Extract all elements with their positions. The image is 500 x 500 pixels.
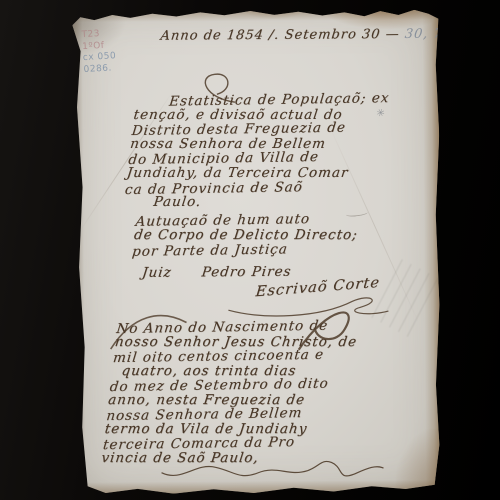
archival-number-line: 0286. xyxy=(83,63,117,76)
archival-corner-numbers: T23 1ºOf cx 050 0286. xyxy=(81,28,117,76)
manuscript-page: T23 1ºOf cx 050 0286. Anno de 1854 /. Se… xyxy=(72,5,441,496)
manuscript-line: Paulo. xyxy=(153,195,379,210)
ink-showthrough xyxy=(362,253,492,366)
judge-label: Juiz xyxy=(141,265,172,281)
date-header-text: Anno de 1854 /. Setembro 30 — xyxy=(160,27,401,44)
stain-top-right xyxy=(320,5,432,30)
browned-bottom-edge xyxy=(76,480,442,496)
browned-right-edge xyxy=(422,5,441,493)
order-paragraph: Autuaçaõ de hum auto de Corpo de Delicto… xyxy=(131,212,360,259)
pencil-folio-number: 30, 76.º xyxy=(404,27,465,42)
date-header: Anno de 1854 /. Setembro 30 — 30, 76.º xyxy=(160,27,466,44)
body-paragraph: No Anno do Nascimento de nosso Senhor Je… xyxy=(101,319,360,466)
manuscript-line: por Parte da Justiça xyxy=(131,241,357,260)
stain-bottom-right xyxy=(395,429,441,493)
judge-signature: JuizPedro Pires xyxy=(141,264,292,281)
browned-left-edge xyxy=(72,7,85,495)
stain-top-center xyxy=(242,6,306,19)
photo-background: T23 1ºOf cx 050 0286. Anno de 1854 /. Se… xyxy=(0,0,500,500)
title-paragraph: Estatistica de Populaçaõ; ex tençaõ, e d… xyxy=(123,92,391,211)
manuscript-line: vincia de Saõ Paulo, xyxy=(101,451,345,466)
manuscript-line: Jundiahy, da Terceira Comar xyxy=(126,166,382,181)
judge-name: Pedro Pires xyxy=(201,264,293,281)
